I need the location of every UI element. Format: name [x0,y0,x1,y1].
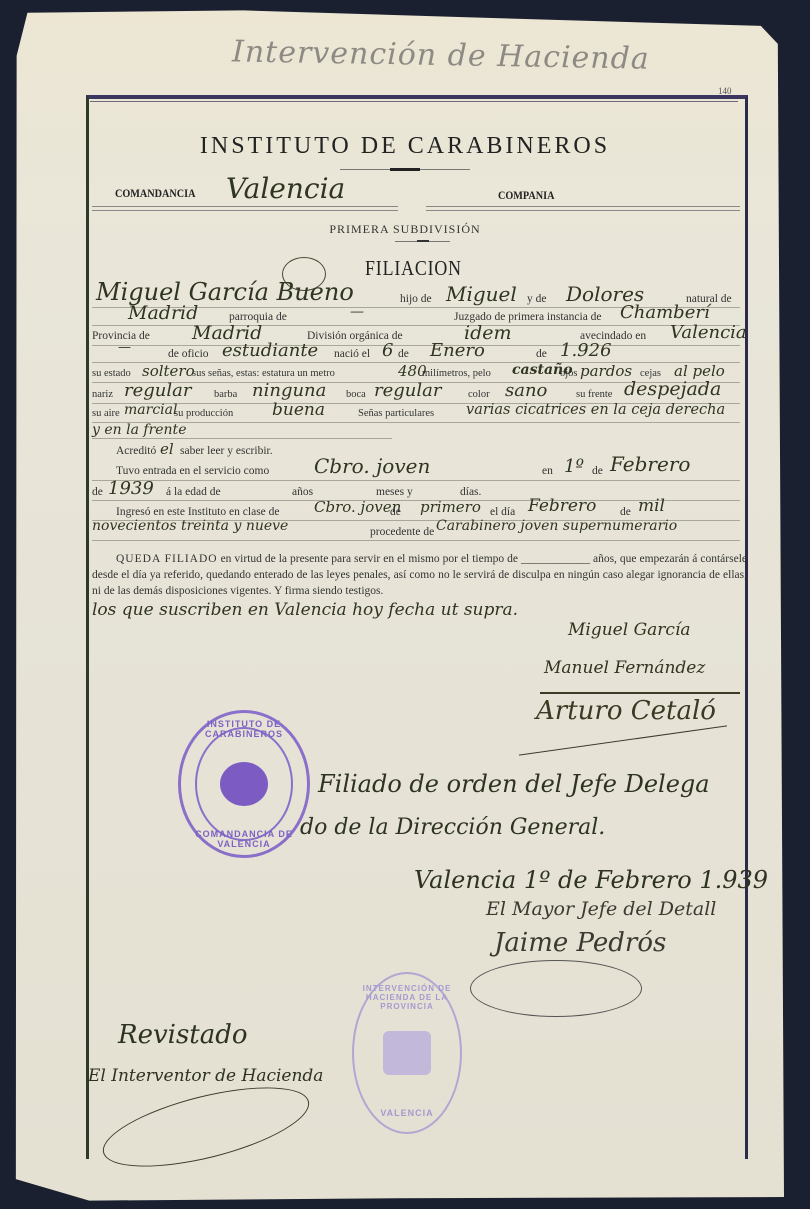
filiado-order-line1: Filiado de orden del Jefe Delega [318,770,710,798]
barba-value: ninguna [252,380,326,401]
acredito-label: Acreditó [116,445,156,457]
birth-day: 6 [382,340,393,361]
entrada-month: Febrero [610,452,690,476]
de-label-3: de [592,465,603,477]
clause-handwritten: los que suscriben en Valencia hoy fecha … [92,600,518,620]
entrada-como-value: Cbro. joven [314,454,430,478]
ingreso-dia-label: el día [490,506,515,518]
boca-value: regular [374,380,441,401]
comandancia-underline [92,206,398,211]
avecindado-extra: — [118,340,131,355]
ingreso-clase-value: Cbro. joven [314,498,401,516]
senas-particulares-cont: y en la frente [92,422,186,438]
ingreso-year-2: novecientos treinta y nueve [92,518,288,534]
de-label-4: de [92,486,103,498]
officer-signature: Jaime Pedrós [494,928,666,958]
milimetros-label: milímetros, pelo [422,368,491,379]
nariz-value: regular [124,380,191,401]
title-divider [340,169,470,170]
filiado-order-line2: do de la Dirección General. [300,815,605,840]
ingreso-ordinal-value: primero [420,498,481,516]
form-title: INSTITUTO DE CARABINEROS [0,133,810,160]
estado-label: su estado [92,368,131,379]
hacienda-stamp: INTERVENCIÓN DE HACIENDA DE LA PROVINCIA… [352,972,462,1134]
ingreso-de2-label: de [620,506,631,518]
signature-miguel-garcia: Miguel García [568,620,691,640]
anos-label: años [292,486,313,498]
juzgado-value: Chamberí [620,302,710,323]
subdivision-divider [395,241,450,242]
revistado-label: Revistado [118,1020,248,1050]
aire-label: su aire [92,408,120,419]
interventor-label: El Interventor de Hacienda [88,1066,323,1086]
produccion-value: buena [272,400,325,420]
form-border-inner-rule [90,101,738,102]
aire-value: marcial [124,402,177,418]
de-label: de [398,348,409,360]
birth-year: 1.926 [560,340,612,361]
boca-label: boca [346,389,366,400]
signature-flourish [470,960,642,1017]
de-label-2: de [536,348,547,360]
frente-label: su frente [576,389,612,400]
compania-underline [426,206,740,211]
entrada-label: Tuvo entrada en el servicio como [116,465,269,477]
nacio-label: nació el [334,348,370,360]
procedente-label: procedente de [370,526,434,538]
birth-month: Enero [430,340,485,361]
acredito-label-2: saber leer y escribir. [180,445,273,457]
barba-label: barba [214,389,237,400]
y-de-label: y de [527,293,546,305]
oficio-value: estudiante [222,340,318,361]
pencil-annotation: Intervención de Hacienda [232,34,650,76]
natural-de-value: Madrid [128,302,198,324]
meses-label: meses y [376,486,413,498]
emblem-icon [220,762,268,806]
oficio-label: de oficio [168,348,209,360]
form-heading: FILIACION [365,256,462,281]
ojos-label: ojos [560,368,578,379]
subdivision-label: PRIMERA SUBDIVISIÓN [0,222,810,237]
procedente-value: Carabinero joven supernumerario [436,518,677,534]
senas-particulares-label: Señas particulares [358,408,434,419]
avecindado-value: Valencia [670,322,747,343]
carabineros-stamp: INSTITUTO DE CARABINEROS COMANDANCIA DE … [178,710,310,858]
parroquia-value: — [350,304,364,320]
signature-arturo: Arturo Cetaló [536,696,716,726]
acredito-value: el [160,440,174,458]
comandancia-label: COMANDANCIA [115,186,195,201]
senas-label: sus señas, estas: estatura un metro [192,368,335,379]
entrada-year: 1939 [108,478,154,499]
frente-value: despejada [624,378,721,400]
produccion-label: su producción [174,408,233,419]
en-label: en [542,465,553,477]
color-label: color [468,389,490,400]
comandancia-value: Valencia [226,172,345,205]
father-name: Miguel [446,282,517,306]
signature-manuel-fernandez: Manuel Fernández [544,658,705,678]
estado-value: soltero [142,362,195,380]
dias-label: días. [460,486,481,498]
clause-lead: QUEDA FILIADO [116,553,218,565]
ingreso-month: Febrero [528,496,596,516]
ingreso-de-label: de [390,506,401,518]
hijo-de-label: hijo de [400,293,432,305]
officer-title: El Mayor Jefe del Detall [486,898,716,920]
compania-label: COMPANIA [498,188,554,203]
clause-text: QUEDA FILIADO en virtud de la presente p… [92,551,747,599]
place-date: Valencia 1º de Febrero 1.939 [414,866,768,894]
nariz-label: nariz [92,389,113,400]
color-value: sano [505,380,547,401]
senas-particulares-value: varias cicatrices en la ceja derecha [466,402,725,418]
entrada-day: 1º [564,456,584,477]
edad-label: á la edad de [166,486,221,498]
ingreso-label: Ingresó en este Instituto en clase de [116,506,280,518]
ingreso-year-1: mil [638,496,665,516]
coat-of-arms-icon [383,1031,431,1075]
